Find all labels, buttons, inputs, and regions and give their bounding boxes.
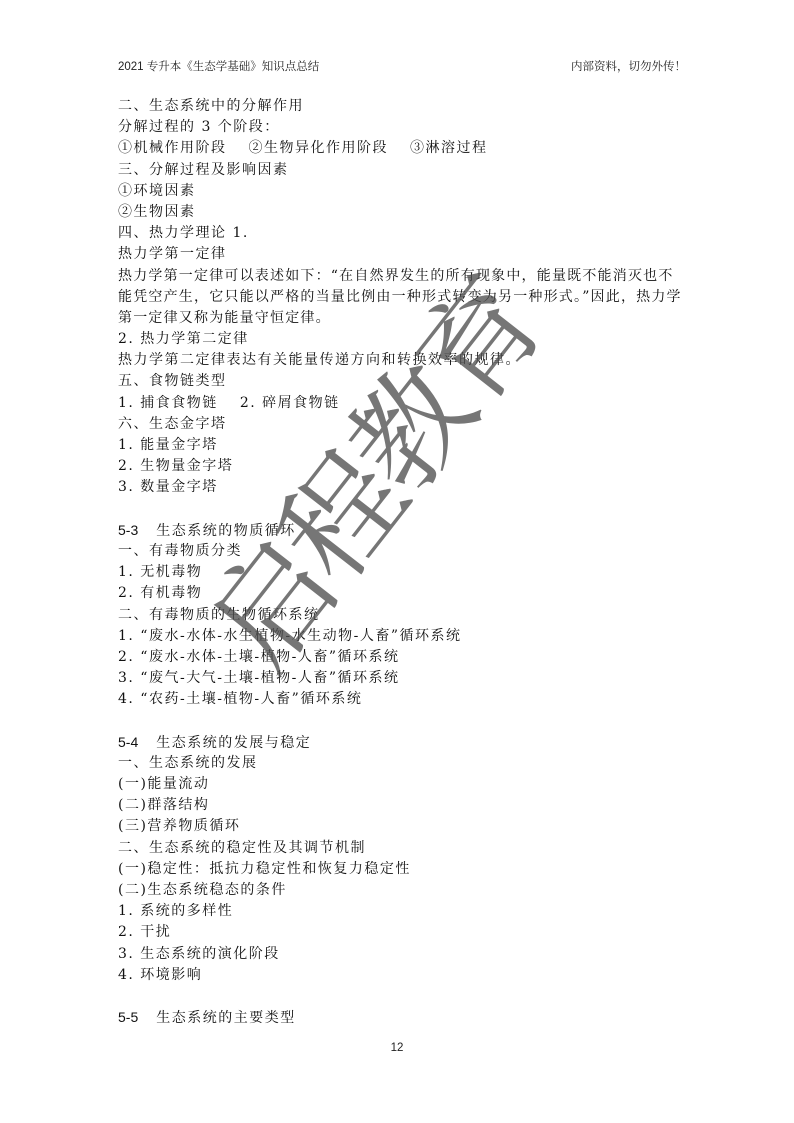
section-number: 5-5	[118, 1009, 138, 1025]
condition-1: 1. 系统的多样性	[118, 901, 688, 922]
food-chain-2: 2. 碎屑食物链	[240, 395, 340, 411]
heading-thermodynamics: 四、热力学理论 1.	[118, 223, 688, 244]
cycle-1: 1. “废水-水体-水生植物-水生动物-人畜”循环系统	[118, 626, 688, 647]
pyramid-3: 3. 数量金字塔	[118, 477, 688, 498]
toxic-1: 1. 无机毒物	[118, 562, 688, 583]
stage-1: ①机械作用阶段	[118, 140, 227, 156]
spacer	[118, 710, 688, 731]
food-chain-1: 1. 捕食食物链	[118, 395, 218, 411]
stage-2: ②生物异化作用阶段	[249, 140, 389, 156]
spacer	[118, 499, 688, 520]
heading-toxic-cycle: 二、有毒物质的生物循环系统	[118, 605, 688, 626]
section-number: 5-3	[118, 522, 138, 538]
section-number: 5-4	[118, 734, 138, 750]
spacer	[118, 986, 688, 1007]
condition-4: 4. 环境影响	[118, 965, 688, 986]
section-5-3: 5-3生态系统的物质循环	[118, 520, 688, 541]
food-chain-types: 1. 捕食食物链2. 碎屑食物链	[118, 393, 688, 414]
section-title: 生态系统的主要类型	[156, 1010, 296, 1026]
heading-stability: 二、生态系统的稳定性及其调节机制	[118, 838, 688, 859]
second-law-text: 热力学第二定律表达有关能量传递方向和转换效率的规律。	[118, 350, 688, 371]
stability-2: (二)生态系统稳态的条件	[118, 880, 688, 901]
development-3: (三)营养物质循环	[118, 816, 688, 837]
first-law-title: 热力学第一定律	[118, 244, 688, 265]
stage-3: ③淋溶过程	[410, 140, 488, 156]
heading-decomposition: 二、生态系统中的分解作用	[118, 96, 688, 117]
page-header: 2021 专升本《生态学基础》知识点总结 内部资料，切勿外传！	[118, 58, 686, 78]
cycle-3: 3. “废气-大气-土壤-植物-人畜”循环系统	[118, 668, 688, 689]
development-2: (二)群落结构	[118, 795, 688, 816]
first-law-text: 热力学第一定律可以表述如下：“在自然界发生的所有现象中，能量既不能消灭也不能凭空…	[118, 266, 688, 330]
condition-3: 3. 生态系统的演化阶段	[118, 944, 688, 965]
cycle-2: 2. “废水-水体-土壤-植物-人畜”循环系统	[118, 647, 688, 668]
stages-list: ①机械作用阶段②生物异化作用阶段③淋溶过程	[118, 138, 688, 159]
pyramid-1: 1. 能量金字塔	[118, 435, 688, 456]
section-title: 生态系统的发展与稳定	[156, 735, 311, 751]
header-notice: 内部资料，切勿外传！	[571, 58, 686, 74]
heading-toxic-class: 一、有毒物质分类	[118, 541, 688, 562]
toxic-2: 2. 有机毒物	[118, 583, 688, 604]
second-law-title: 2. 热力学第二定律	[118, 329, 688, 350]
cycle-4: 4. “农药-土壤-植物-人畜”循环系统	[118, 689, 688, 710]
section-title: 生态系统的物质循环	[156, 523, 296, 539]
factor-1: ①环境因素	[118, 181, 688, 202]
factor-2: ②生物因素	[118, 202, 688, 223]
heading-pyramid: 六、生态金字塔	[118, 414, 688, 435]
page-content: 二、生态系统中的分解作用 分解过程的 3 个阶段： ①机械作用阶段②生物异化作用…	[118, 96, 688, 1028]
section-5-4: 5-4生态系统的发展与稳定	[118, 732, 688, 753]
pyramid-2: 2. 生物量金字塔	[118, 456, 688, 477]
development-1: (一)能量流动	[118, 774, 688, 795]
section-5-5: 5-5生态系统的主要类型	[118, 1007, 688, 1028]
heading-development: 一、生态系统的发展	[118, 753, 688, 774]
stability-1: (一)稳定性：抵抗力稳定性和恢复力稳定性	[118, 859, 688, 880]
heading-food-chain: 五、食物链类型	[118, 371, 688, 392]
condition-2: 2. 干扰	[118, 922, 688, 943]
header-title: 2021 专升本《生态学基础》知识点总结	[118, 58, 319, 74]
heading-factors: 三、分解过程及影响因素	[118, 160, 688, 181]
page-number: 12	[0, 1042, 794, 1054]
text-stages-intro: 分解过程的 3 个阶段：	[118, 117, 688, 138]
